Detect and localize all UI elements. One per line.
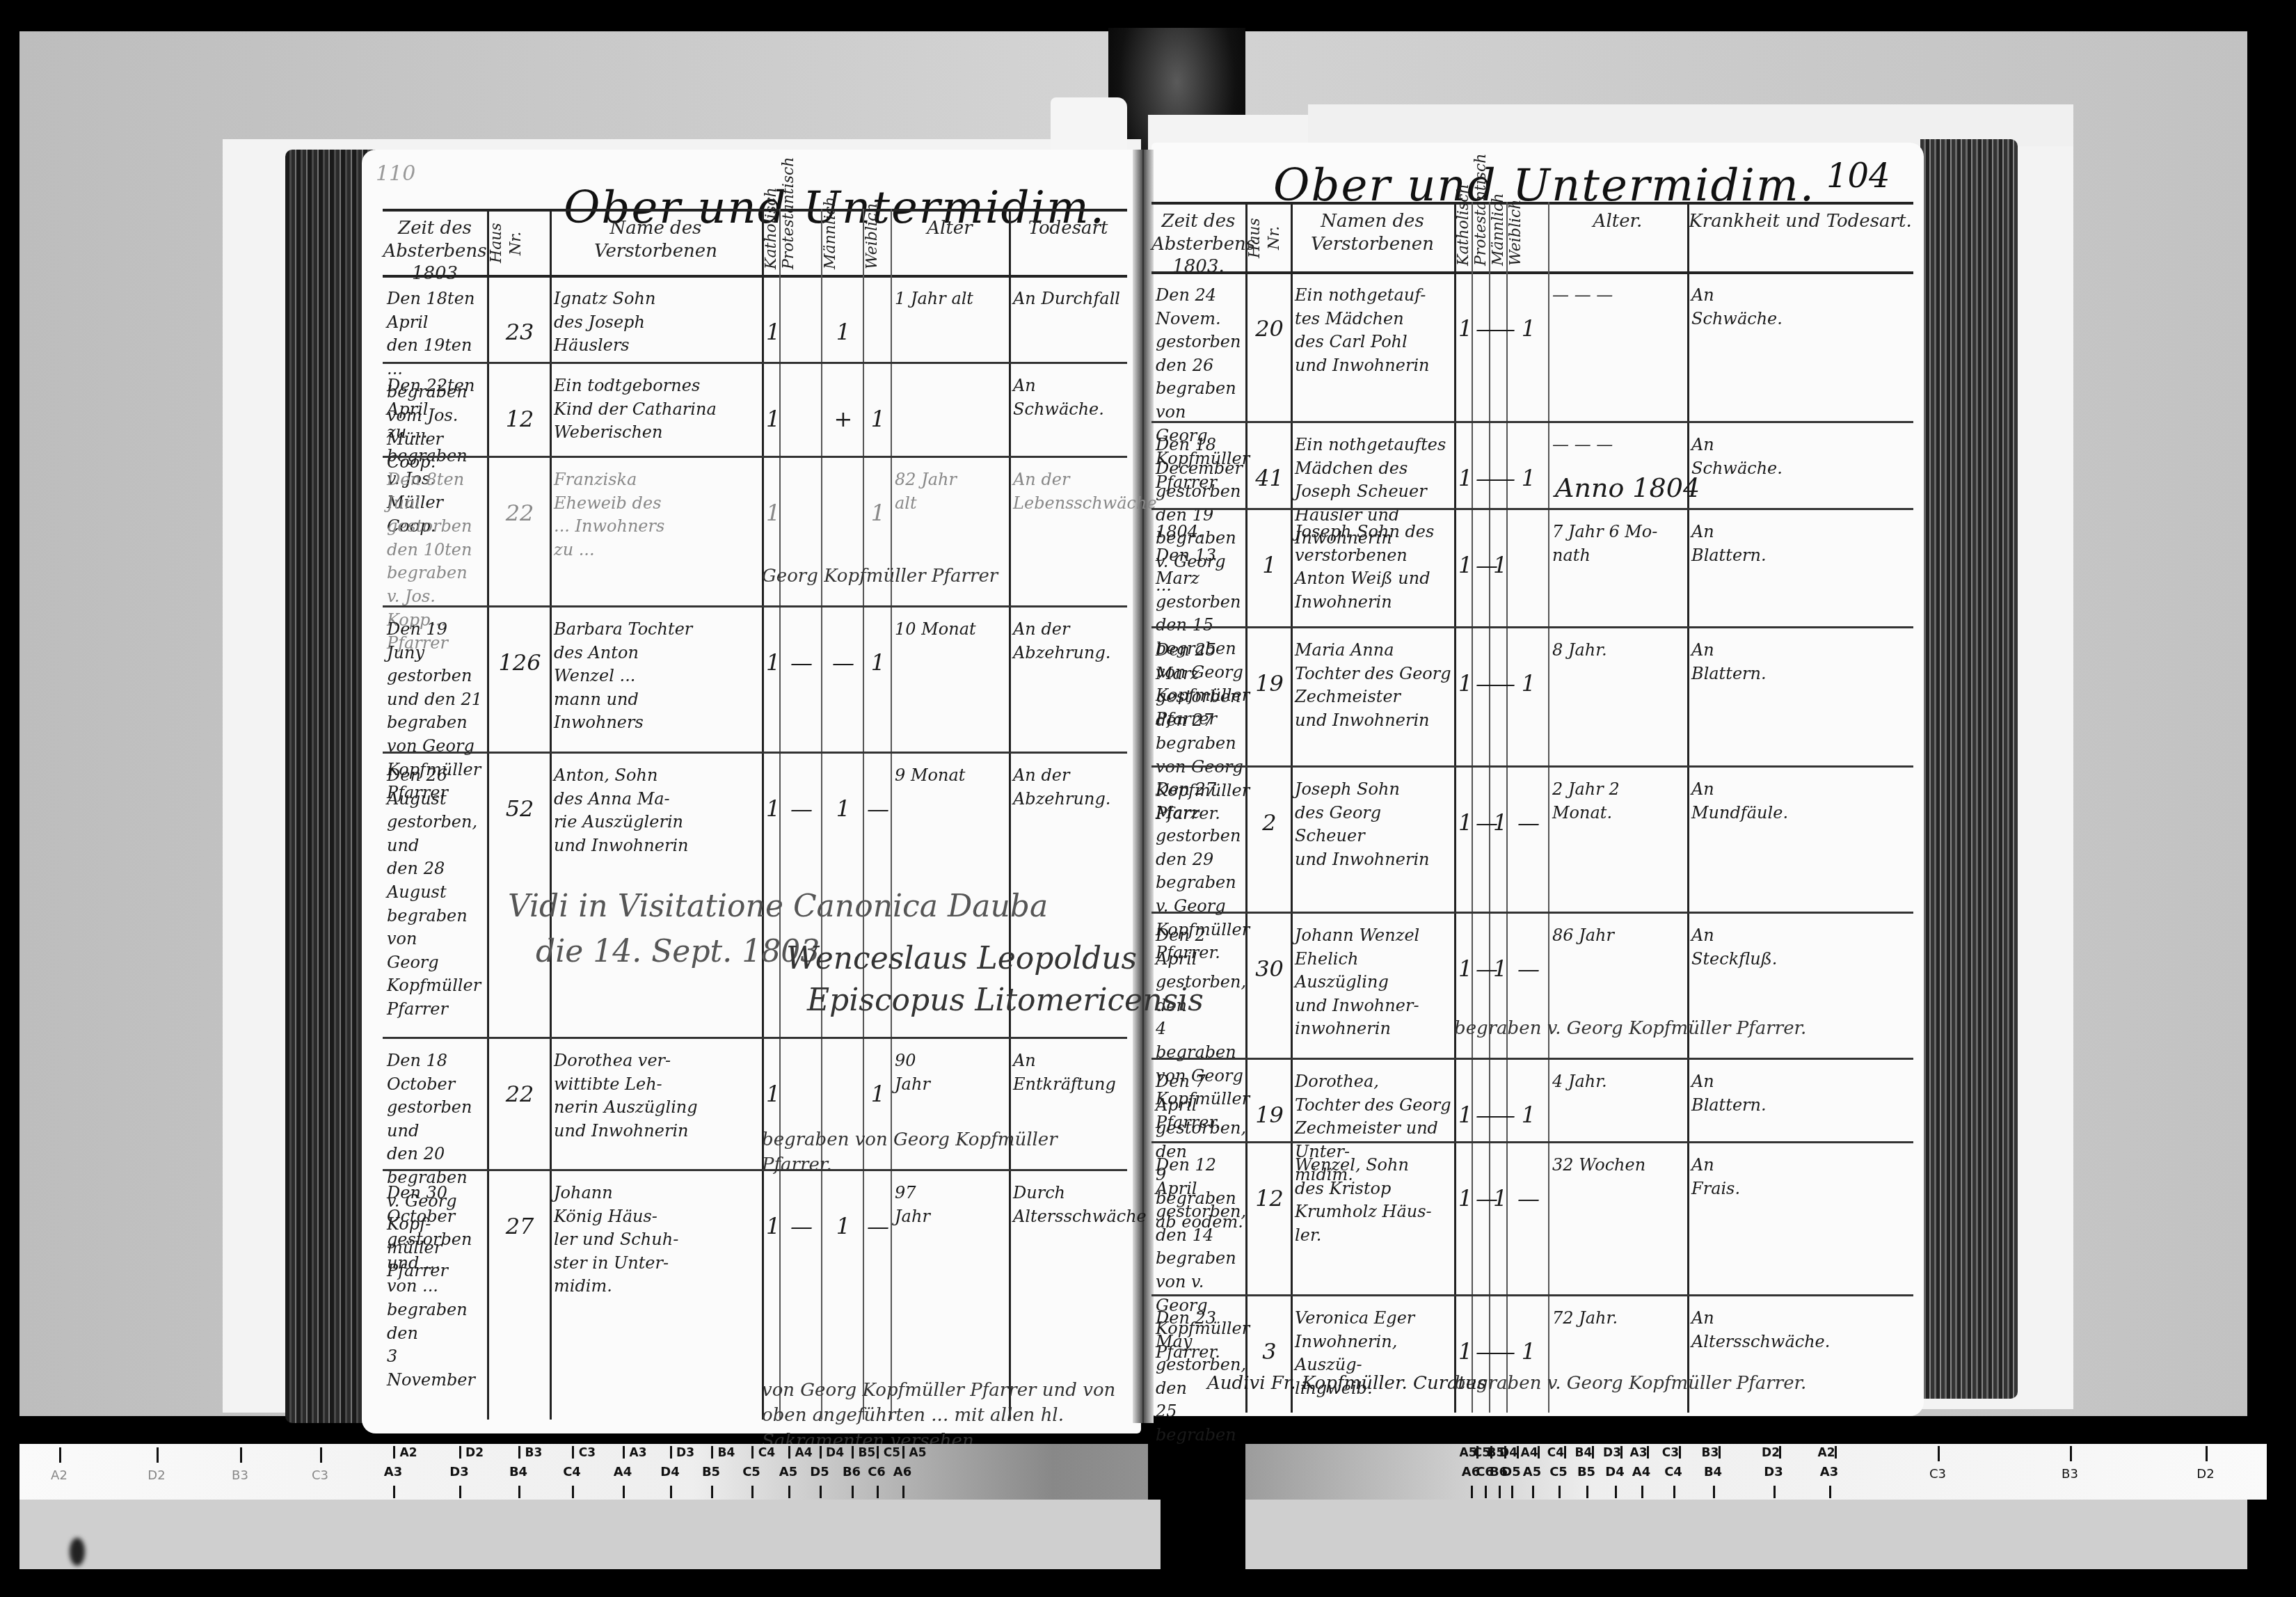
right-entry-cath: 1 bbox=[1458, 1183, 1470, 1214]
ruler-tick bbox=[820, 1446, 822, 1459]
right-entry-cause: An Schwäche. bbox=[1691, 434, 1912, 480]
left-entry-cath: 1 bbox=[766, 498, 778, 529]
right-entry-age: 2 Jahr 2 Monat. bbox=[1552, 778, 1686, 825]
right-entry-house: 2 bbox=[1250, 807, 1289, 839]
right-header-top-rule bbox=[1151, 202, 1913, 205]
ruler-label: B4 bbox=[718, 1446, 735, 1460]
left-entry-name: Anton, Sohn des Anna Ma- rie Auszüglerin… bbox=[554, 764, 760, 857]
left-entry-age: 1 Jahr alt bbox=[895, 287, 1007, 311]
page-number: 104 bbox=[1826, 157, 1890, 196]
ruler-label: C4 bbox=[1547, 1446, 1564, 1460]
left-entry-cause: An Durchfall bbox=[1013, 287, 1126, 311]
left-entry-age: 90 Jahr bbox=[895, 1049, 1007, 1096]
scan-lower-strip-left bbox=[19, 1500, 1161, 1569]
right-entry-cause: An Schwäche. bbox=[1691, 284, 1912, 331]
left-entry-name: Ignatz Sohn des Joseph Häuslers bbox=[554, 287, 760, 358]
right-entry-cath: 1 bbox=[1458, 313, 1470, 344]
ruler-tick bbox=[1564, 1446, 1566, 1459]
right-entry-name: Joseph Sohn des Georg Scheuer und Inwohn… bbox=[1295, 778, 1453, 871]
right-entry-age: — — — bbox=[1552, 434, 1686, 457]
ruler-tick bbox=[1499, 1486, 1501, 1498]
right-entry-house: 1 bbox=[1250, 550, 1289, 581]
right-entry-cause: An Blattern. bbox=[1691, 639, 1912, 685]
left-entry-male: 1 bbox=[825, 793, 861, 825]
left-header-name: Name des Verstorbenen bbox=[550, 217, 762, 269]
ruler-tick bbox=[1511, 1486, 1513, 1498]
ruler-tick bbox=[1713, 1486, 1715, 1498]
left-corner-mark: 110 bbox=[376, 161, 415, 186]
right-row-rule bbox=[1151, 912, 1913, 914]
left-header-cause: Todesart bbox=[1009, 217, 1127, 269]
ruler-label: D3 bbox=[1764, 1465, 1783, 1479]
right-entry-female: — bbox=[1510, 1183, 1547, 1214]
right-column-rule bbox=[1245, 202, 1247, 1413]
right-entry-cause: An Blattern. bbox=[1691, 1070, 1912, 1117]
right-entry-name: Johann Wenzel Ehelich Auszügling und Inw… bbox=[1295, 924, 1453, 1041]
ruler-tick bbox=[877, 1486, 879, 1498]
ruler-label: D5 bbox=[810, 1465, 829, 1479]
ruler-label: B5 bbox=[1577, 1465, 1595, 1479]
ruler-label: B5 bbox=[859, 1446, 876, 1460]
right-entry-prot: — bbox=[1476, 1099, 1488, 1131]
right-row-rule bbox=[1151, 421, 1913, 423]
right-entry-cath: 1 bbox=[1458, 463, 1470, 494]
left-entry-female: 1 bbox=[867, 404, 889, 435]
left-row-rule bbox=[383, 456, 1127, 458]
ruler-label: C5 bbox=[742, 1465, 760, 1479]
right-entry-age: 7 Jahr 6 Mo- nath bbox=[1552, 521, 1686, 567]
right-entry-cath: 1 bbox=[1458, 668, 1470, 699]
visitation-note-line1: Vidi in Visitatione Canonica Dauba bbox=[508, 884, 1048, 930]
right-header-house-no: Haus Nr. bbox=[1245, 210, 1291, 266]
ruler-label: B3 bbox=[232, 1468, 248, 1483]
right-entry-cath: 1 bbox=[1458, 807, 1470, 839]
ruler-tick bbox=[2070, 1446, 2072, 1461]
ruler-label: A2 bbox=[51, 1468, 67, 1483]
ruler-tick bbox=[788, 1486, 790, 1498]
ruler-label: D4 bbox=[826, 1446, 844, 1460]
ruler-label: A4 bbox=[1632, 1465, 1650, 1479]
right-entry-age: — — — bbox=[1552, 284, 1686, 308]
left-entry-age: 10 Monat bbox=[895, 618, 1007, 642]
ruler-label: B4 bbox=[509, 1465, 527, 1479]
left-entry-house: 12 bbox=[491, 404, 548, 435]
left-header-male: Männlich bbox=[821, 217, 863, 269]
ruler-label: C5 bbox=[1549, 1465, 1568, 1479]
right-entry-name: Ein nothgetauf- tes Mädchen des Carl Poh… bbox=[1295, 284, 1453, 377]
right-header-female: Weiblich bbox=[1506, 210, 1548, 266]
right-year-marker: Anno 1804 bbox=[1555, 470, 1700, 507]
left-entry-cause: An der Abzehrung. bbox=[1013, 764, 1126, 811]
left-entry-name: Franziska Eheweib des ... Inwohners zu .… bbox=[554, 468, 760, 562]
right-row-rule bbox=[1151, 1141, 1913, 1143]
right-header-cause: Krankheit und Todesart. bbox=[1687, 210, 1913, 266]
ruler-label: B3 bbox=[1702, 1446, 1719, 1460]
right-entry-female: 1 bbox=[1510, 313, 1547, 344]
ruler-label: A3 bbox=[630, 1446, 647, 1460]
right-entry-female: — bbox=[1510, 807, 1547, 839]
left-entry-cause: An der Abzehrung. bbox=[1013, 618, 1126, 665]
ruler-tick bbox=[518, 1446, 520, 1459]
left-entry-house: 23 bbox=[491, 317, 548, 348]
ruler-label: C3 bbox=[1662, 1446, 1679, 1460]
ruler-tick bbox=[820, 1486, 822, 1498]
ruler-tick bbox=[1558, 1486, 1561, 1498]
left-entry-name: Barbara Tochter des Anton Wenzel ... man… bbox=[554, 618, 760, 735]
right-row-rule bbox=[1151, 626, 1913, 628]
right-entry-house: 30 bbox=[1250, 953, 1289, 985]
right-header-name: Namen des Verstorbenen bbox=[1291, 210, 1454, 266]
right-entry-name: Wenzel, Sohn des Kristop Krumholz Häus- … bbox=[1295, 1154, 1453, 1247]
right-entry-prot: — bbox=[1476, 313, 1488, 344]
right-entry-age: 86 Jahr bbox=[1552, 924, 1686, 948]
ruler-tick bbox=[902, 1446, 904, 1459]
left-column-rule bbox=[821, 209, 822, 1420]
right-entry-prot: — bbox=[1476, 1183, 1488, 1214]
left-entry-name: Dorothea ver- wittibte Leh- nerin Auszüg… bbox=[554, 1049, 760, 1143]
left-header-protestant: Protestantisch bbox=[779, 217, 821, 269]
ruler-tick bbox=[1679, 1446, 1681, 1459]
ruler-label: D4 bbox=[1499, 1446, 1517, 1460]
left-entry-house: 22 bbox=[491, 1079, 548, 1110]
ruler-tick bbox=[59, 1447, 61, 1463]
ruler-label: D3 bbox=[676, 1446, 694, 1460]
left-entry-female: — bbox=[867, 793, 889, 825]
left-entry-note: von Georg Kopfmüller Pfarrer und von obe… bbox=[762, 1378, 1127, 1454]
ruler-label: B4 bbox=[1704, 1465, 1722, 1479]
left-row-rule bbox=[383, 1037, 1127, 1039]
left-row-rule bbox=[383, 605, 1127, 607]
right-entry-female: 1 bbox=[1510, 1099, 1547, 1131]
left-entry-cath: 1 bbox=[766, 404, 778, 435]
left-entry-date: Den 26 August gestorben, und den 28 Augu… bbox=[387, 764, 486, 1022]
right-column-rule bbox=[1489, 202, 1490, 1413]
right-entry-cause: An Frais. bbox=[1691, 1154, 1912, 1200]
left-entry-prot: — bbox=[783, 647, 820, 678]
left-entry-house: 22 bbox=[491, 498, 548, 529]
right-column-rule bbox=[1291, 202, 1293, 1413]
ruler-label: A4 bbox=[614, 1465, 632, 1479]
ruler-label: A5 bbox=[779, 1465, 797, 1479]
right-entry-cath: 1 bbox=[1458, 1099, 1470, 1131]
right-entry-prot: — bbox=[1476, 1336, 1488, 1367]
right-entry-cath: 1 bbox=[1458, 1336, 1470, 1367]
left-header-age: Alter bbox=[891, 217, 1009, 269]
ruler-label: B5 bbox=[702, 1465, 720, 1479]
ruler-tick bbox=[1641, 1486, 1643, 1498]
book-gutter bbox=[1133, 150, 1154, 1423]
right-entry-female: — bbox=[1510, 953, 1547, 985]
right-row-rule bbox=[1151, 765, 1913, 768]
right-entry-age: 8 Jahr. bbox=[1552, 639, 1686, 662]
right-entry-male: — bbox=[1493, 313, 1505, 344]
ruler-tick bbox=[572, 1486, 574, 1498]
ruler-tick bbox=[2206, 1446, 2208, 1461]
ruler-tick bbox=[518, 1486, 520, 1498]
ruler-tick bbox=[157, 1447, 159, 1463]
ruler-tick bbox=[1673, 1486, 1675, 1498]
right-entry-cath: 1 bbox=[1458, 953, 1470, 985]
left-entry-female: 1 bbox=[867, 498, 889, 529]
left-entry-male: — bbox=[825, 647, 861, 678]
ruler-tick bbox=[877, 1446, 879, 1459]
right-column-rule bbox=[1506, 202, 1508, 1413]
ruler-label: B6 bbox=[843, 1465, 861, 1479]
ruler-label: A3 bbox=[1820, 1465, 1838, 1479]
ruler-gap bbox=[1148, 1444, 1245, 1500]
ruler-tick bbox=[1532, 1486, 1534, 1498]
ruler-tick bbox=[572, 1446, 574, 1459]
ruler-label: B3 bbox=[525, 1446, 543, 1460]
right-entry-female: 1 bbox=[1510, 668, 1547, 699]
ruler-label: B3 bbox=[2062, 1467, 2078, 1481]
left-entry-male: 1 bbox=[825, 317, 861, 348]
right-entry-male: — bbox=[1493, 1336, 1505, 1367]
left-entry-female: 1 bbox=[867, 1079, 889, 1110]
right-entry-male: 1 bbox=[1493, 807, 1505, 839]
right-column-rule bbox=[1454, 202, 1456, 1413]
ruler-tick bbox=[711, 1446, 713, 1459]
ruler-label: D4 bbox=[1605, 1465, 1624, 1479]
right-column-rule bbox=[1687, 202, 1689, 1413]
right-entry-prot: — bbox=[1476, 550, 1488, 581]
ruler-label: D2 bbox=[1762, 1446, 1780, 1460]
ruler-label: A2 bbox=[400, 1446, 417, 1460]
right-entry-male: 1 bbox=[1493, 953, 1505, 985]
left-entry-age: 82 Jahr alt bbox=[895, 468, 1007, 515]
left-header-date: Zeit des Absterbens 1803 bbox=[383, 217, 487, 269]
left-row-rule bbox=[383, 1169, 1127, 1171]
ruler-label: D2 bbox=[148, 1468, 165, 1483]
ruler-label: A4 bbox=[1521, 1446, 1538, 1460]
ruler-tick bbox=[240, 1447, 242, 1463]
left-entry-cause: Durch Altersschwäche bbox=[1013, 1182, 1126, 1228]
page-edges-right bbox=[1920, 139, 2018, 1399]
right-column-rule bbox=[1472, 202, 1473, 1413]
left-entry-female: 1 bbox=[867, 647, 889, 678]
right-entry-age: 32 Wochen bbox=[1552, 1154, 1686, 1177]
right-header-date: Zeit des Absterbens 1803. bbox=[1151, 210, 1245, 266]
right-row-rule bbox=[1151, 508, 1913, 510]
ruler-label: C4 bbox=[563, 1465, 581, 1479]
right-curate-signature: Audivi Fr. Kopfmüller. Curatus bbox=[1207, 1371, 1569, 1396]
left-column-rule bbox=[863, 209, 864, 1420]
ruler-label: A5 bbox=[1523, 1465, 1541, 1479]
left-entry-house: 27 bbox=[491, 1211, 548, 1242]
right-entry-age: 4 Jahr. bbox=[1552, 1070, 1686, 1094]
right-entry-female: 1 bbox=[1510, 463, 1547, 494]
left-entry-female: — bbox=[867, 1211, 889, 1242]
left-entry-male: 1 bbox=[825, 1211, 861, 1242]
ruler-tick bbox=[459, 1486, 461, 1498]
right-entry-cause: An Altersschwäche. bbox=[1691, 1307, 1912, 1353]
ruler-label: A3 bbox=[1630, 1446, 1648, 1460]
ruler-tick bbox=[670, 1446, 672, 1459]
ruler-tick bbox=[1586, 1486, 1588, 1498]
ruler-tick bbox=[1938, 1446, 1940, 1461]
ruler-label: A2 bbox=[1818, 1446, 1835, 1460]
right-entry-house: 41 bbox=[1250, 463, 1289, 494]
ruler-label: A6 bbox=[893, 1465, 911, 1479]
left-header-house-no: Haus Nr. bbox=[487, 217, 550, 269]
ruler-label: C3 bbox=[1929, 1467, 1946, 1481]
right-entry-cause: An Steckfluß. bbox=[1691, 924, 1912, 971]
right-entry-male: — bbox=[1493, 668, 1505, 699]
left-header-top-rule bbox=[383, 209, 1127, 212]
right-entry-male: — bbox=[1493, 1099, 1505, 1131]
right-entry-male: 1 bbox=[1493, 550, 1505, 581]
left-entry-cause: An Schwäche. bbox=[1013, 374, 1126, 421]
right-entry-house: 19 bbox=[1250, 668, 1289, 699]
ruler-label: C4 bbox=[1664, 1465, 1682, 1479]
right-entry-house: 20 bbox=[1250, 313, 1289, 344]
left-entry-cause: An der Lebensschwäche bbox=[1013, 468, 1126, 515]
ruler-tick bbox=[751, 1446, 754, 1459]
ink-blot bbox=[70, 1538, 85, 1566]
ruler-label: C6 bbox=[868, 1465, 886, 1479]
right-entry-prot: — bbox=[1476, 463, 1488, 494]
right-header-protestant: Protestantisch bbox=[1472, 210, 1489, 266]
left-entry-cause: An Entkräftung bbox=[1013, 1049, 1126, 1096]
left-entry-prot: — bbox=[783, 793, 820, 825]
ruler-label: D4 bbox=[660, 1465, 679, 1479]
left-entry-date: Den 30 October gestorben und ... von ...… bbox=[387, 1182, 486, 1392]
right-entry-note: begraben v. Georg Kopfmüller Pfarrer. bbox=[1454, 1016, 1913, 1041]
ruler-label: C3 bbox=[312, 1468, 328, 1483]
ruler-tick bbox=[320, 1447, 322, 1463]
ruler-label: C5 bbox=[884, 1446, 900, 1460]
ruler-tick bbox=[623, 1486, 625, 1498]
ruler-tick bbox=[751, 1486, 754, 1498]
left-column-rule bbox=[487, 209, 489, 1420]
left-entry-cath: 1 bbox=[766, 793, 778, 825]
scan-lower-strip-right bbox=[1245, 1500, 2247, 1569]
right-entry-age: 72 Jahr. bbox=[1552, 1307, 1686, 1330]
right-entry-house: 12 bbox=[1250, 1183, 1289, 1214]
left-entry-cath: 1 bbox=[766, 1211, 778, 1242]
left-column-rule bbox=[1009, 209, 1011, 1420]
left-entry-cath: 1 bbox=[766, 647, 778, 678]
right-entry-male: 1 bbox=[1493, 1183, 1505, 1214]
left-entry-house: 52 bbox=[491, 793, 548, 825]
ruler-label: B4 bbox=[1575, 1446, 1593, 1460]
right-column-rule bbox=[1548, 202, 1549, 1413]
right-entry-prot: — bbox=[1476, 807, 1488, 839]
left-entry-age: 9 Monat bbox=[895, 764, 1007, 788]
ruler-tick bbox=[459, 1446, 461, 1459]
ruler-tick bbox=[902, 1486, 904, 1498]
ruler-tick bbox=[623, 1446, 625, 1459]
right-entry-name: Maria Anna Tochter des Georg Zechmeister… bbox=[1295, 639, 1453, 732]
left-entry-house: 126 bbox=[491, 647, 548, 678]
right-entry-prot: — bbox=[1476, 953, 1488, 985]
ruler-label: A3 bbox=[384, 1465, 402, 1479]
right-entry-house: 19 bbox=[1250, 1099, 1289, 1131]
left-entry-name: Ein todtgebornes Kind der Catharina Webe… bbox=[554, 374, 760, 445]
left-header-female: Weiblich bbox=[863, 217, 891, 269]
left-entry-name: Johann König Häus- ler und Schuh- ster i… bbox=[554, 1182, 760, 1298]
ruler-label: D3 bbox=[449, 1465, 468, 1479]
left-row-rule bbox=[383, 362, 1127, 364]
right-row-rule bbox=[1151, 1058, 1913, 1060]
left-header-catholic: Katholisch bbox=[762, 217, 779, 269]
ruler-label: A4 bbox=[795, 1446, 813, 1460]
bishop-signature-line1: Wenceslaus Leopoldus bbox=[786, 936, 1137, 982]
ruler-label: C4 bbox=[758, 1446, 775, 1460]
ruler-tick bbox=[1829, 1486, 1831, 1498]
visitation-note-line2: die 14. Sept. 1803 bbox=[536, 929, 820, 975]
left-entry-male: + bbox=[825, 404, 861, 435]
ruler-label: C3 bbox=[579, 1446, 596, 1460]
ruler-label: D2 bbox=[465, 1446, 484, 1460]
right-entry-cause: An Blattern. bbox=[1691, 521, 1912, 567]
left-column-rule bbox=[762, 209, 764, 1420]
right-entry-name: Joseph Sohn des verstorbenen Anton Weiß … bbox=[1295, 521, 1453, 614]
ruler-tick bbox=[852, 1486, 854, 1498]
left-row-rule bbox=[383, 752, 1127, 754]
right-entry-male: — bbox=[1493, 463, 1505, 494]
right-entry-house: 3 bbox=[1250, 1336, 1289, 1367]
left-entry-note: Georg Kopfmüller Pfarrer bbox=[762, 564, 1127, 589]
right-entry-cause: An Mundfäule. bbox=[1691, 778, 1912, 825]
right-row-rule bbox=[1151, 1294, 1913, 1296]
right-header-catholic: Katholisch bbox=[1454, 210, 1472, 266]
ruler-tick bbox=[670, 1486, 672, 1498]
left-column-rule bbox=[550, 209, 552, 1420]
ruler-tick bbox=[1471, 1486, 1473, 1498]
ruler-tick bbox=[1773, 1486, 1776, 1498]
ruler-tick bbox=[1485, 1486, 1487, 1498]
right-entry-prot: — bbox=[1476, 668, 1488, 699]
right-header-bottom-rule bbox=[1151, 271, 1913, 274]
left-entry-prot: — bbox=[783, 1211, 820, 1242]
ruler-tick bbox=[788, 1446, 790, 1459]
right-entry-female: 1 bbox=[1510, 1336, 1547, 1367]
ruler-tick bbox=[852, 1446, 854, 1459]
right-header-male: Männlich bbox=[1489, 210, 1506, 266]
left-entry-age: 97 Jahr bbox=[895, 1182, 1007, 1228]
left-column-rule bbox=[891, 209, 892, 1420]
ruler-tick bbox=[1615, 1486, 1617, 1498]
left-header-bottom-rule bbox=[383, 275, 1127, 278]
ruler-label: D5 bbox=[1501, 1465, 1520, 1479]
left-entry-cath: 1 bbox=[766, 317, 778, 348]
ruler-label: D3 bbox=[1603, 1446, 1621, 1460]
ruler-tick bbox=[711, 1486, 713, 1498]
ruler-tick bbox=[393, 1486, 395, 1498]
right-entry-cath: 1 bbox=[1458, 550, 1470, 581]
ruler-tick bbox=[1719, 1446, 1721, 1459]
bishop-signature-line2: Episcopus Litomericensis bbox=[807, 978, 1204, 1024]
right-header-age: Alter. bbox=[1548, 210, 1687, 266]
ruler-tick bbox=[393, 1446, 395, 1459]
left-entry-cath: 1 bbox=[766, 1079, 778, 1110]
ruler-label: D2 bbox=[2197, 1467, 2214, 1481]
ruler-label: A5 bbox=[909, 1446, 927, 1460]
